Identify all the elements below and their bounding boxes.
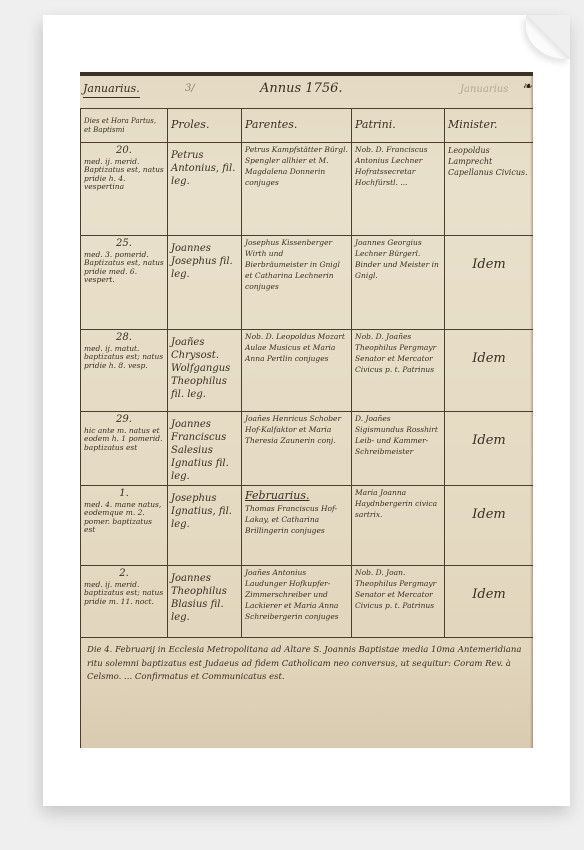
minister-cell: Idem (445, 566, 534, 638)
folio-number: 3/ (185, 83, 195, 94)
patrini-cell: Nob. D. Joan. Theophilus Pergmayr Senato… (352, 566, 445, 638)
proles-cell: Joannes Franciscus Salesius Ignatius fil… (168, 412, 242, 486)
day-number: 25. (84, 238, 164, 250)
baptism-note: Die 4. Februarij in Ecclesia Metropolita… (81, 638, 534, 749)
proles-cell: Joannes Josephus fil. leg. (168, 236, 242, 330)
year-heading: Annus 1756. (260, 81, 343, 96)
header-minister: Minister. (445, 109, 534, 143)
header-date: Dies et Hora Partus, et Baptismi (81, 109, 168, 143)
date-text: hic ante m. natus et eodem h. 1 pomerid.… (84, 426, 162, 452)
patrini-cell: Maria Joanna Haydnbergerin civica sartri… (352, 486, 445, 566)
table-row: 25. med. 3. pomerid. Baptizatus est, nat… (81, 236, 534, 330)
proles-cell: Petrus Antonius, fil. leg. (168, 143, 242, 236)
idem-text: Idem (448, 586, 530, 604)
corner-ink-mark-icon: ❧ (522, 79, 532, 93)
table-row: 2. med. ij. merid. baptizatus est; natus… (81, 566, 534, 638)
minister-cell: Idem (445, 412, 534, 486)
day-number: 28. (84, 332, 164, 344)
parentes-cell: Joañes Henricus Schober Hof-Kalfaktor et… (242, 412, 352, 486)
note-row: Die 4. Februarij in Ecclesia Metropolita… (81, 638, 534, 749)
table-row-mozart: 28. med. ij. matut. baptizatus est; natu… (81, 330, 534, 412)
page-curl-corner (526, 15, 570, 59)
date-cell: 1. med. 4. mane natus, eodemque m. 2. po… (81, 486, 168, 566)
minister-cell: Idem (445, 236, 534, 330)
header-proles: Proles. (168, 109, 242, 143)
idem-text: Idem (448, 350, 530, 368)
date-text: med. 3. pomerid. Baptizatus est, natus p… (84, 250, 164, 285)
date-cell: 2. med. ij. merid. baptizatus est; natus… (81, 566, 168, 638)
date-cell: 25. med. 3. pomerid. Baptizatus est, nat… (81, 236, 168, 330)
page-canvas: Januarius. 3/ Annus 1756. Januarius ❧ Di… (0, 0, 584, 850)
day-number: 1. (84, 488, 164, 500)
header-row: Dies et Hora Partus, et Baptismi Proles.… (81, 109, 534, 143)
proles-cell: Joañes Chrysost. Wolfgangus Theophilus f… (168, 330, 242, 412)
table-row: 1. med. 4. mane natus, eodemque m. 2. po… (81, 486, 534, 566)
header-patrini: Patrini. (352, 109, 445, 143)
patrini-cell: D. Joañes Sigismundus Rosshirt Leib- und… (352, 412, 445, 486)
table-row: 29. hic ante m. natus et eodem h. 1 pome… (81, 412, 534, 486)
header-parentes: Parentes. (242, 109, 352, 143)
bleed-through-text: Januarius (460, 84, 508, 95)
table-row: 20. med. ij. merid. Baptizatus est, natu… (81, 143, 534, 236)
date-text: med. ij. matut. baptizatus est; natus pr… (84, 344, 163, 370)
date-cell: 20. med. ij. merid. Baptizatus est, natu… (81, 143, 168, 236)
patrini-cell: Nob. D. Joañes Theophilus Pergmayr Senat… (352, 330, 445, 412)
parentes-cell: Josephus Kissenberger Wirth und Bierbräu… (242, 236, 352, 330)
parentes-text: Thomas Franciscus Hof-Lakay, et Catharin… (245, 504, 337, 535)
idem-text: Idem (448, 506, 530, 524)
date-cell: 29. hic ante m. natus et eodem h. 1 pome… (81, 412, 168, 486)
proles-cell: Joannes Theophilus Blasius fil. leg. (168, 566, 242, 638)
patrini-cell: Nob. D. Franciscus Antonius Lechner Hofr… (352, 143, 445, 236)
date-text: med. ij. merid. baptizatus est; natus pr… (84, 580, 163, 606)
date-cell: 28. med. ij. matut. baptizatus est; natu… (81, 330, 168, 412)
day-number: 20. (84, 145, 164, 157)
page-header: Januarius. 3/ Annus 1756. Januarius ❧ (80, 76, 533, 102)
minister-cell: Idem (445, 486, 534, 566)
register-table: Dies et Hora Partus, et Baptismi Proles.… (80, 108, 533, 748)
date-text: med. ij. merid. Baptizatus est, natus pr… (84, 157, 164, 192)
proles-cell: Josephus Ignatius, fil. leg. (168, 486, 242, 566)
idem-text: Idem (448, 432, 530, 450)
patrini-cell: Joannes Georgius Lechner Bürgerl. Binder… (352, 236, 445, 330)
day-number: 29. (84, 414, 164, 426)
parentes-cell: Februarius. Thomas Franciscus Hof-Lakay,… (242, 486, 352, 566)
day-number: 2. (84, 568, 164, 580)
month-marker-february: Februarius. (245, 488, 348, 504)
minister-cell: Leopoldus Lamprecht Capellanus Civicus. (445, 143, 534, 236)
parentes-cell: Joañes Antonius Laudunger Hofkupfer-Zimm… (242, 566, 352, 638)
parentes-cell: Petrus Kampfstätter Bürgl. Spengler allh… (242, 143, 352, 236)
parentes-cell: Nob. D. Leopoldus Mozart Aulae Musicus e… (242, 330, 352, 412)
idem-text: Idem (448, 256, 530, 274)
month-heading: Januarius. (83, 82, 140, 98)
minister-cell: Idem (445, 330, 534, 412)
date-text: med. 4. mane natus, eodemque m. 2. pomer… (84, 500, 161, 535)
baptismal-register-page: Januarius. 3/ Annus 1756. Januarius ❧ Di… (80, 72, 533, 748)
